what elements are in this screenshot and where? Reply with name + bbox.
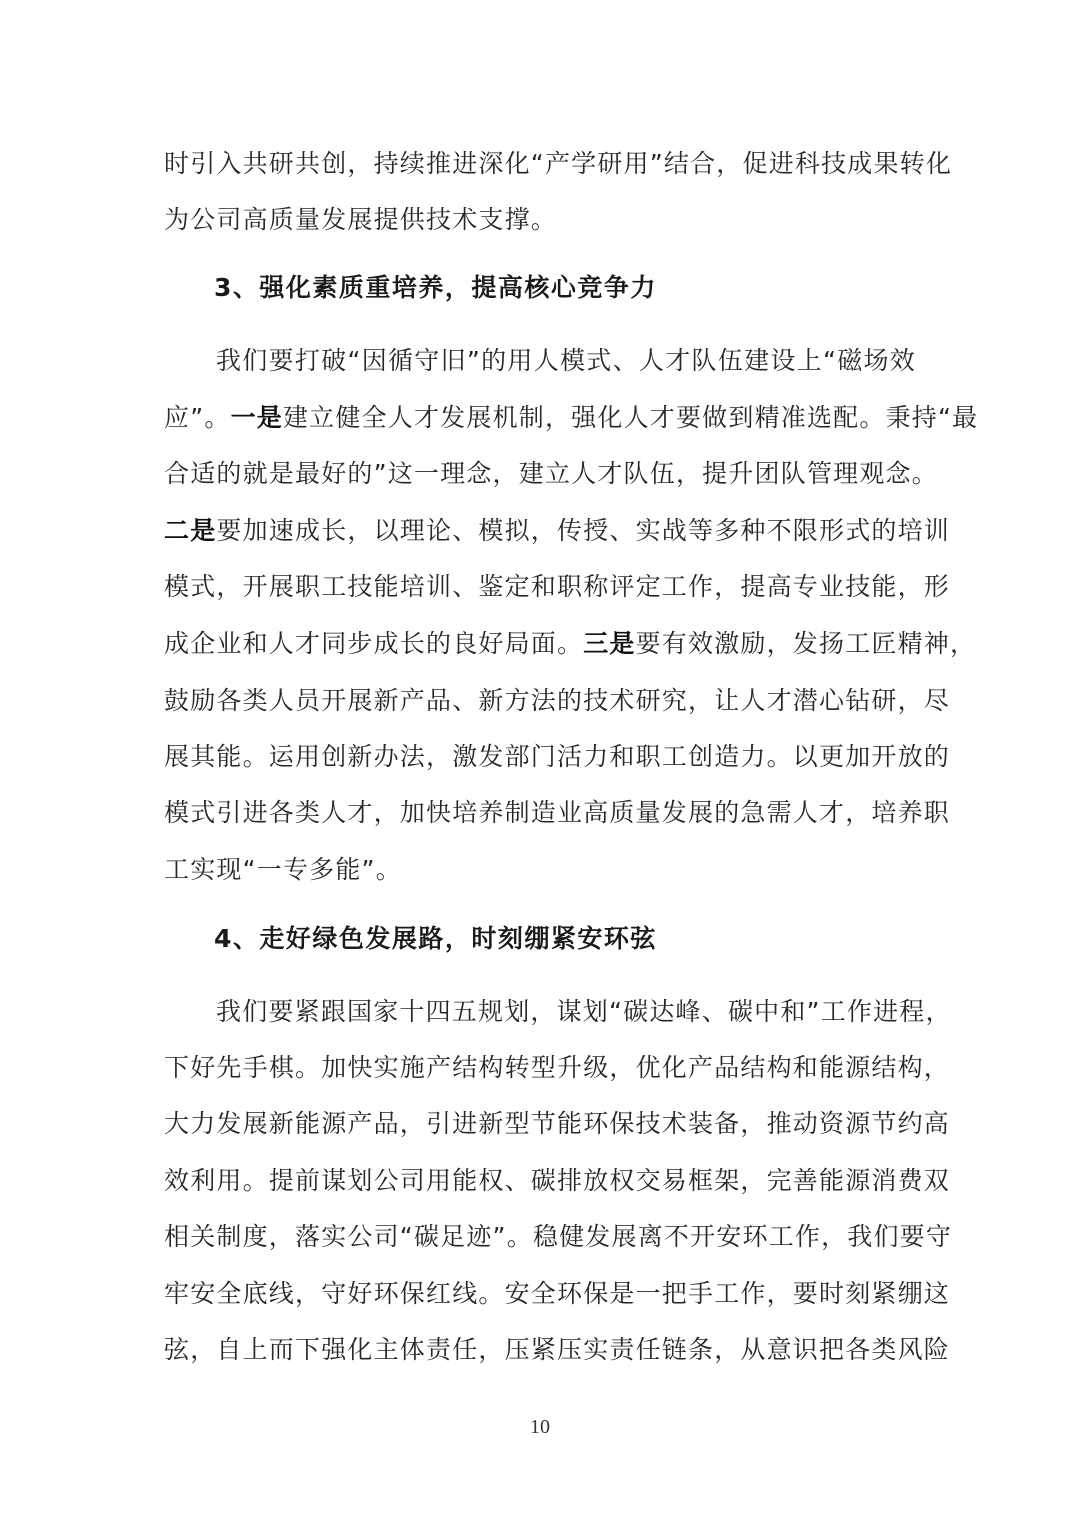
- body-line: 下好先手棋。加快实施产结构转型升级，优化产品结构和能源结构，: [164, 1052, 916, 1084]
- body-line: 我们要打破“因循守旧”的用人模式、人才队伍建设上“磁场效: [216, 345, 916, 377]
- body-text: 要加速成长，以理论、模拟，传授、实战等多种不限形式的培训: [216, 516, 950, 545]
- body-text: 成企业和人才同步成长的良好局面。: [164, 629, 583, 658]
- body-line: 鼓励各类人员开展新产品、新方法的技术研究，让人才潜心钻研，尽: [164, 685, 916, 717]
- emphasis-label: 一是: [231, 403, 283, 432]
- body-line: 二是要加速成长，以理论、模拟，传授、实战等多种不限形式的培训: [164, 515, 916, 547]
- body-text: 建立健全人才发展机制，强化人才要做到精准选配。秉持“最: [283, 403, 978, 432]
- emphasis-label: 三是: [583, 629, 635, 658]
- body-line: 模式引进各类人才，加快培养制造业高质量发展的急需人才，培养职: [164, 797, 916, 829]
- body-line: 时引入共研共创，持续推进深化“产学研用”结合，促进科技成果转化: [164, 148, 916, 180]
- body-line: 工实现“一专多能”。: [164, 854, 916, 886]
- body-line: 模式，开展职工技能培训、鉴定和职称评定工作，提高专业技能，形: [164, 571, 916, 603]
- body-line: 我们要紧跟国家十四五规划，谋划“碳达峰、碳中和”工作进程，: [216, 996, 916, 1028]
- body-line: 牢安全底线，守好环保红线。安全环保是一把手工作，要时刻紧绷这: [164, 1278, 916, 1310]
- body-line: 为公司高质量发展提供技术支撑。: [164, 204, 916, 236]
- section-heading: 4、走好绿色发展路，时刻绷紧安环弦: [214, 923, 657, 955]
- body-line: 相关制度，落实公司“碳足迹”。稳健发展离不开安环工作，我们要守: [164, 1221, 916, 1253]
- body-line: 成企业和人才同步成长的良好局面。三是要有效激励，发扬工匠精神，: [164, 628, 916, 660]
- body-text: 应”。: [164, 403, 231, 432]
- page-number: 10: [0, 1416, 1080, 1439]
- section-heading: 3、强化素质重培养，提高核心竞争力: [214, 272, 657, 304]
- body-line: 弦，自上而下强化主体责任，压紧压实责任链条，从意识把各类风险: [164, 1334, 916, 1366]
- body-line: 应”。一是建立健全人才发展机制，强化人才要做到精准选配。秉持“最: [164, 402, 916, 434]
- body-line: 大力发展新能源产品，引进新型节能环保技术装备，推动资源节约高: [164, 1108, 916, 1140]
- document-page: 时引入共研共创，持续推进深化“产学研用”结合，促进科技成果转化 为公司高质量发展…: [0, 0, 1080, 1528]
- body-line: 展其能。运用创新办法，激发部门活力和职工创造力。以更加开放的: [164, 741, 916, 773]
- body-text: 要有效激励，发扬工匠精神，: [636, 629, 977, 658]
- emphasis-label: 二是: [164, 516, 216, 545]
- body-line: 合适的就是最好的”这一理念，建立人才队伍，提升团队管理观念。: [164, 458, 916, 490]
- body-line: 效利用。提前谋划公司用能权、碳排放权交易框架，完善能源消费双: [164, 1165, 916, 1197]
